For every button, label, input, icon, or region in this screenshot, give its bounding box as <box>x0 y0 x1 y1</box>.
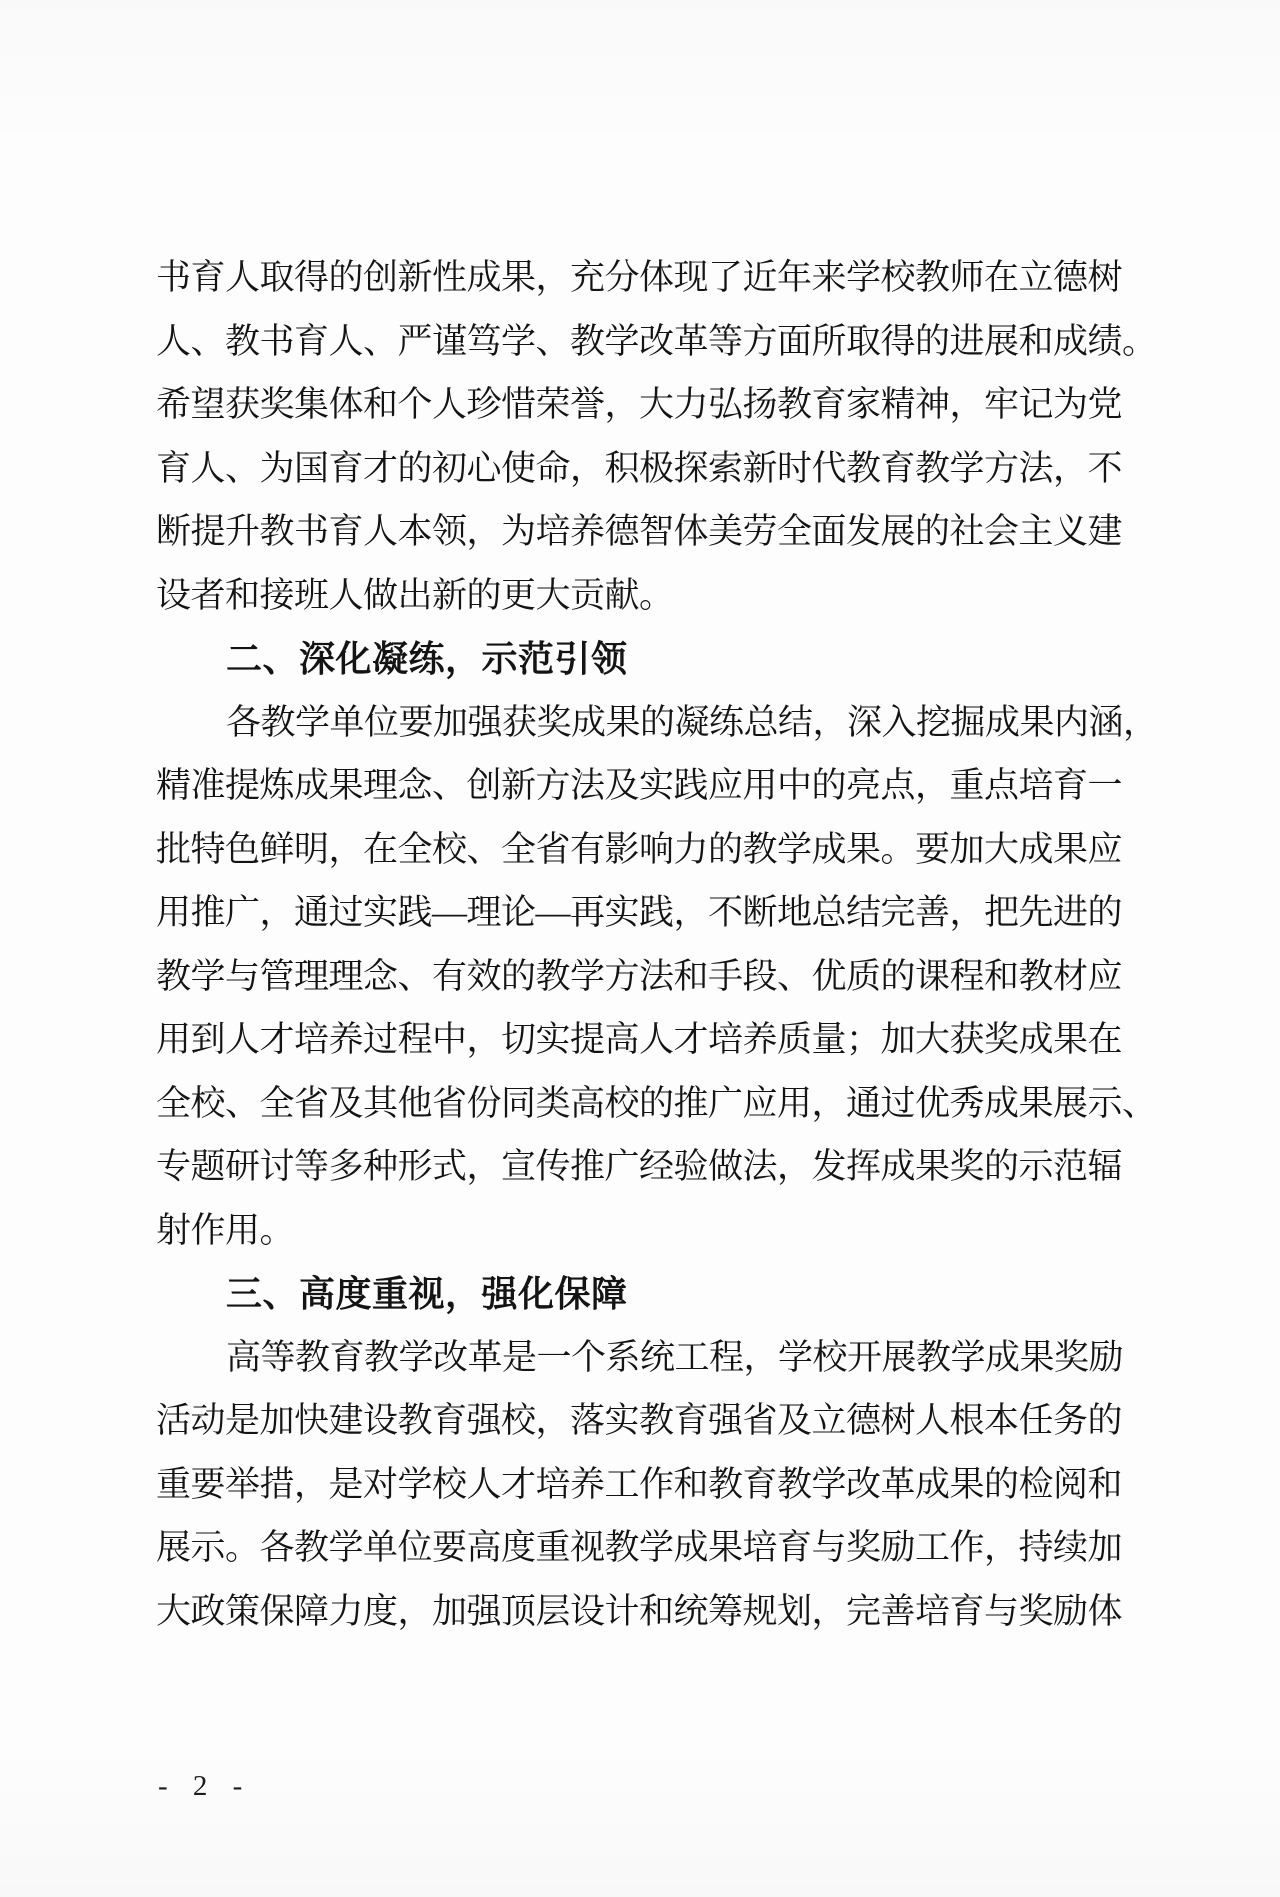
text-line: 射作用。 <box>156 1199 1131 1263</box>
text-line: 重要举措，是对学校人才培养工作和教育教学改革成果的检阅和 <box>156 1453 1131 1517</box>
document-page: 书育人取得的创新性成果，充分体现了近年来学校教师在立德树人、教书育人、严谨笃学、… <box>0 0 1280 1897</box>
text-line: 用到人才培养过程中，切实提高人才培养质量；加大获奖成果在 <box>156 1008 1131 1072</box>
section-heading: 三、高度重视，强化保障 <box>156 1262 1131 1326</box>
text-line: 活动是加快建设教育强校，落实教育强省及立德树人根本任务的 <box>156 1389 1131 1453</box>
text-line: 精准提炼成果理念、创新方法及实践应用中的亮点，重点培育一 <box>156 754 1131 818</box>
page-number: - 2 - <box>158 1766 251 1806</box>
document-text-block: 书育人取得的创新性成果，充分体现了近年来学校教师在立德树人、教书育人、严谨笃学、… <box>156 246 1131 1643</box>
section-heading: 二、深化凝练，示范引领 <box>156 627 1131 691</box>
text-line: 大政策保障力度，加强顶层设计和统筹规划，完善培育与奖励体 <box>156 1580 1131 1644</box>
text-line: 书育人取得的创新性成果，充分体现了近年来学校教师在立德树 <box>156 246 1131 310</box>
text-line: 设者和接班人做出新的更大贡献。 <box>156 564 1131 628</box>
text-line: 各教学单位要加强获奖成果的凝练总结，深入挖掘成果内涵， <box>156 691 1131 755</box>
text-line: 展示。各教学单位要高度重视教学成果培育与奖励工作，持续加 <box>156 1516 1131 1580</box>
text-line: 批特色鲜明，在全校、全省有影响力的教学成果。要加大成果应 <box>156 818 1131 882</box>
text-line: 全校、全省及其他省份同类高校的推广应用，通过优秀成果展示、 <box>156 1072 1131 1136</box>
text-line: 断提升教书育人本领，为培养德智体美劳全面发展的社会主义建 <box>156 500 1131 564</box>
text-line: 人、教书育人、严谨笃学、教学改革等方面所取得的进展和成绩。 <box>156 310 1131 374</box>
text-line: 专题研讨等多种形式，宣传推广经验做法，发挥成果奖的示范辐 <box>156 1135 1131 1199</box>
text-line: 教学与管理理念、有效的教学方法和手段、优质的课程和教材应 <box>156 945 1131 1009</box>
text-line: 用推广，通过实践—理论—再实践，不断地总结完善，把先进的 <box>156 881 1131 945</box>
text-line: 育人、为国育才的初心使命，积极探索新时代教育教学方法，不 <box>156 437 1131 501</box>
text-line: 高等教育教学改革是一个系统工程，学校开展教学成果奖励 <box>156 1326 1131 1390</box>
text-line: 希望获奖集体和个人珍惜荣誉，大力弘扬教育家精神，牢记为党 <box>156 373 1131 437</box>
